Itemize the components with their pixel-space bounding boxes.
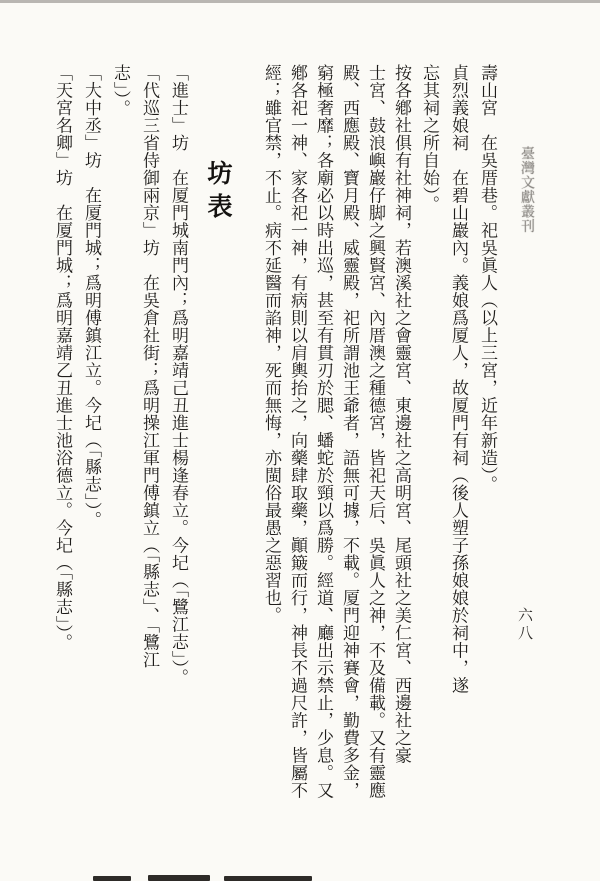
text-block: 壽山宮 在吳厝巷。祀吳眞人（以上三宮，近年新造）。 貞烈義娘祠 在碧山巖內。義娘…	[53, 64, 501, 869]
editor-note-line-5: 鄕各祀一神、家各祀一神，有病則以肩輿抬之，向藥肆取藥，顚簸而行，神長不過尺許，皆…	[284, 64, 310, 869]
scan-bottom-edge-artifact	[148, 875, 210, 881]
scan-bottom-edge-artifact	[93, 876, 131, 881]
entry-zhenlie-yiniang-ci: 貞烈義娘祠 在碧山巖內。義娘爲厦人，故厦門有祠（後人塑子孫娘娘於祠中，遂	[443, 64, 472, 869]
scan-top-edge-artifact	[0, 0, 600, 3]
entry-daixun-sansheng-fang: 「代巡三省侍御兩京」坊 在吳倉社街；爲明操江軍門傅鎮立（「縣志」、「鷺江	[134, 64, 163, 869]
editor-note-line-6: 經；雖官禁，不止。病不延醫而諂神，死而無悔，亦閩俗最愚之惡習也。	[258, 64, 284, 869]
running-header: 臺灣文獻叢刊	[517, 146, 537, 233]
entry-tiangong-mingqing-fang: 「天宮名卿」坊 在厦門城；爲明嘉靖乙丑進士池浴德立。今圮（「縣志」）。	[47, 64, 76, 869]
editor-note-line-1: 按各鄕社俱有社神祠，若澳溪社之會靈宮、東邊社之高明宮、尾頭社之美仁宮、西邊社之豪	[388, 64, 414, 869]
entry-dazhongcheng-fang: 「大中丞」坊 在厦門城；爲明傅鎮江立。今圮（「縣志」）。	[76, 64, 105, 869]
entry-zhenlie-yiniang-ci-cont: 忘其祠之所自始）。	[414, 64, 443, 869]
editor-note-line-3: 殿、西應殿、寶月殿、威靈殿，祀所謂池王爺者，語無可據，不載。厦門迎神賽會，勤費多…	[336, 64, 362, 869]
scan-bottom-edge-artifact	[224, 876, 312, 881]
entry-jinshi-fang: 「進士」坊 在厦門城南門內；爲明嘉靖己丑進士楊逢春立。今圮（「鷺江志」）。	[163, 64, 192, 869]
editor-note-line-4: 窮極奢靡；各廟必以時出巡，甚至有貫刃於腮、蟠蛇於頸以爲勝。經道、廳出示禁止，少息…	[310, 64, 336, 869]
section-title-fangbiao: 坊表	[200, 64, 236, 869]
entry-shoushan-gong: 壽山宮 在吳厝巷。祀吳眞人（以上三宮，近年新造）。	[472, 64, 501, 869]
entry-daixun-sansheng-fang-cont: 志」）。	[105, 64, 134, 869]
editor-note-line-2: 士宮、鼓浪嶼巖仔脚之興賢宮、內厝澳之種德宮，皆祀天后、吳眞人之神，不及備載。又有…	[362, 64, 388, 869]
scanned-book-page: 臺灣文獻叢刊 六八 壽山宮 在吳厝巷。祀吳眞人（以上三宮，近年新造）。 貞烈義娘…	[0, 0, 600, 881]
page-number: 六八	[515, 607, 536, 643]
